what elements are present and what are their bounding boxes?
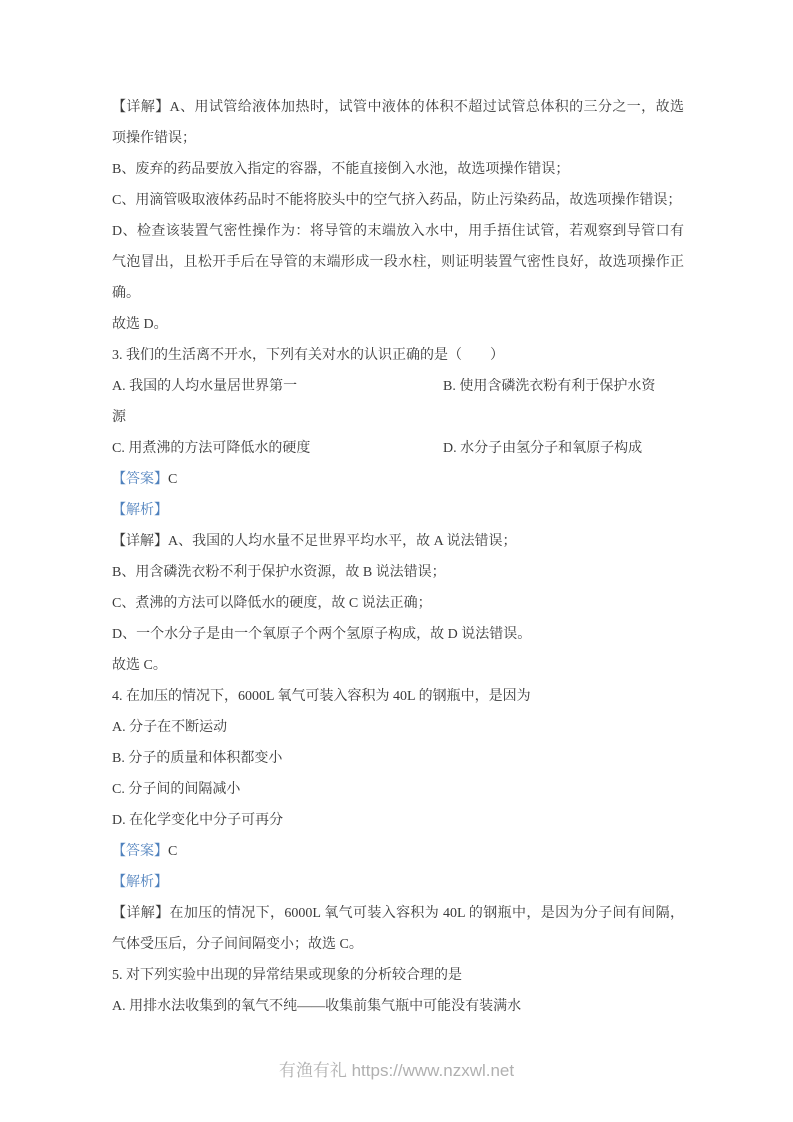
- footer-watermark-text: 有渔有礼 https://www.nzxwl.net: [279, 1061, 514, 1080]
- explanation-line-3: B、废弃的药品要放入指定的容器，不能直接倒入水池，故选项操作错误；: [112, 154, 684, 185]
- explanation-line-8: 故选 D。: [112, 309, 684, 340]
- q4-analysis-label: 【解析】: [112, 875, 168, 890]
- question-3-block: 3. 我们的生活离不开水，下列有关对水的认识正确的是（ ） A. 我国的人均水量…: [112, 340, 684, 681]
- explanation-line-1: 【详解】A、用试管给液体加热时，试管中液体的体积不超过试管总体积的三分之一，故选: [112, 92, 684, 123]
- q3-option-a: A. 我国的人均水量居世界第一: [112, 371, 443, 402]
- question-3-options-row-2: C. 用煮沸的方法可降低水的硬度 D. 水分子由氢分子和氧原子构成: [112, 433, 684, 464]
- q3-answer-line: 【答案】C: [112, 464, 684, 495]
- q4-option-c: C. 分子间的间隔减小: [112, 774, 684, 805]
- q3-detail-c: C、煮沸的方法可以降低水的硬度，故 C 说法正确；: [112, 588, 684, 619]
- q3-detail-a: 【详解】A、我国的人均水量不足世界平均水平，故 A 说法错误；: [112, 526, 684, 557]
- q3-detail-b: B、用含磷洗衣粉不利于保护水资源，故 B 说法错误；: [112, 557, 684, 588]
- q4-option-d: D. 在化学变化中分子可再分: [112, 805, 684, 836]
- document-page: 【详解】A、用试管给液体加热时，试管中液体的体积不超过试管总体积的三分之一，故选…: [0, 0, 793, 1122]
- explanation-line-4: C、用滴管吸取液体药品时不能将胶头中的空气挤入药品，防止污染药品，故选项操作错误…: [112, 185, 684, 216]
- q5-option-a: A. 用排水法收集到的氧气不纯——收集前集气瓶中可能没有装满水: [112, 991, 684, 1022]
- q4-answer-value: C: [168, 844, 177, 859]
- question-5-stem: 5. 对下列实验中出现的异常结果或现象的分析较合理的是: [112, 960, 684, 991]
- question-4-block: 4. 在加压的情况下，6000L 氧气可装入容积为 40L 的钢瓶中，是因为 A…: [112, 681, 684, 960]
- q3-option-c: C. 用煮沸的方法可降低水的硬度: [112, 433, 443, 464]
- q3-conclusion: 故选 C。: [112, 650, 684, 681]
- q4-option-a: A. 分子在不断运动: [112, 712, 684, 743]
- question-3-stem: 3. 我们的生活离不开水，下列有关对水的认识正确的是（ ）: [112, 340, 684, 371]
- q3-option-b: B. 使用含磷洗衣粉有利于保护水资: [443, 371, 684, 402]
- page-footer: 有渔有礼 https://www.nzxwl.net: [0, 1056, 793, 1081]
- question-4-stem: 4. 在加压的情况下，6000L 氧气可装入容积为 40L 的钢瓶中，是因为: [112, 681, 684, 712]
- q3-analysis-label: 【解析】: [112, 503, 168, 518]
- document-content: 【详解】A、用试管给液体加热时，试管中液体的体积不超过试管总体积的三分之一，故选…: [112, 92, 684, 1022]
- q3-answer-label: 【答案】: [112, 472, 168, 487]
- question-3-options-row-1: A. 我国的人均水量居世界第一 B. 使用含磷洗衣粉有利于保护水资: [112, 371, 684, 402]
- q3-analysis-line: 【解析】: [112, 495, 684, 526]
- q4-answer-label: 【答案】: [112, 844, 168, 859]
- explanation-line-5: D、检查该装置气密性操作为：将导管的末端放入水中，用手捂住试管，若观察到导管口有: [112, 216, 684, 247]
- q4-analysis-line: 【解析】: [112, 867, 684, 898]
- question-5-block: 5. 对下列实验中出现的异常结果或现象的分析较合理的是 A. 用排水法收集到的氧…: [112, 960, 684, 1022]
- q4-option-b: B. 分子的质量和体积都变小: [112, 743, 684, 774]
- explanation-line-2: 项操作错误；: [112, 123, 684, 154]
- explanation-line-7: 确。: [112, 278, 684, 309]
- q3-option-d: D. 水分子由氢分子和氧原子构成: [443, 433, 684, 464]
- q4-detail-2: 气体受压后，分子间间隔变小；故选 C。: [112, 929, 684, 960]
- explanation-line-6: 气泡冒出，且松开手后在导管的末端形成一段水柱，则证明装置气密性良好，故选项操作正: [112, 247, 684, 278]
- q3-detail-d: D、一个水分子是由一个氧原子个两个氢原子构成，故 D 说法错误。: [112, 619, 684, 650]
- q4-answer-line: 【答案】C: [112, 836, 684, 867]
- q3-answer-value: C: [168, 472, 177, 487]
- explanation-block-q2: 【详解】A、用试管给液体加热时，试管中液体的体积不超过试管总体积的三分之一，故选…: [112, 92, 684, 340]
- q4-detail-1: 【详解】在加压的情况下，6000L 氧气可装入容积为 40L 的钢瓶中，是因为分…: [112, 898, 684, 929]
- q3-option-b-continuation: 源: [112, 402, 684, 433]
